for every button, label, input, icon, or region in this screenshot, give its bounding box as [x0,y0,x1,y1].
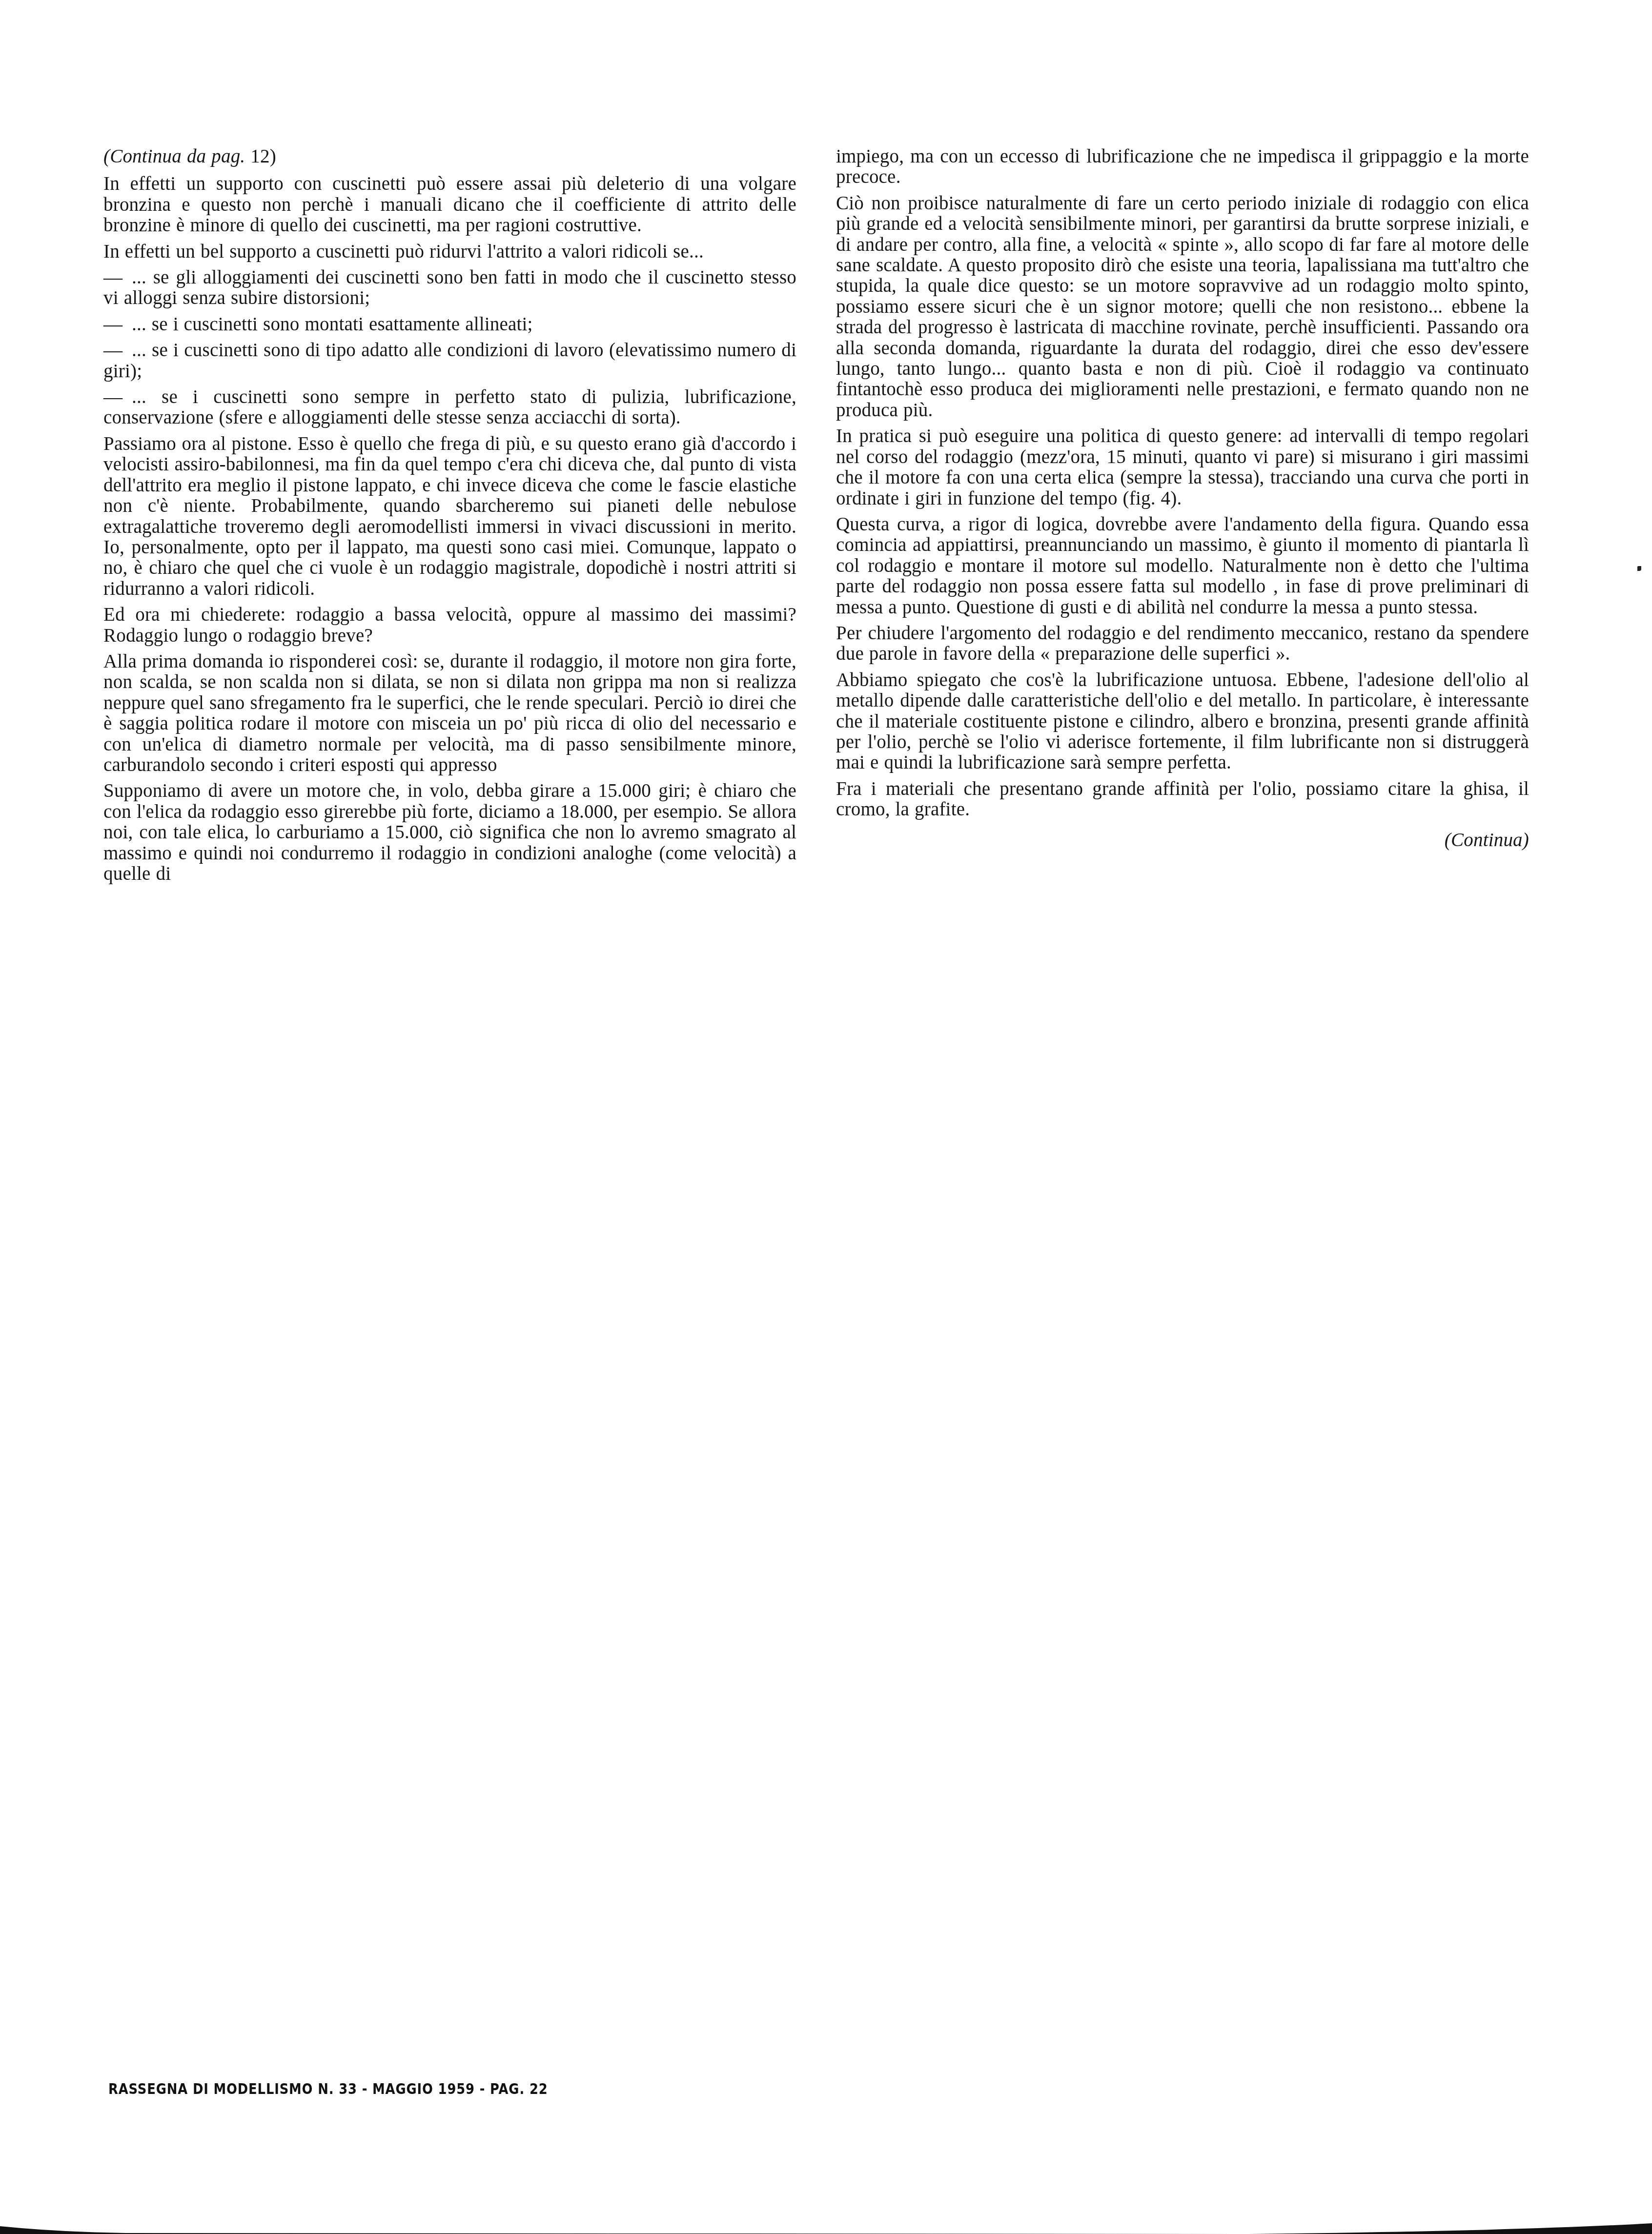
bullet-item: —... se i cuscinetti sono di tipo adatto… [103,340,796,382]
bullet-text: ... se i cuscinetti sono di tipo adatto … [103,340,796,381]
dash-icon: — [103,387,123,407]
left-column: (Continua da pag. 12) In effetti un supp… [103,146,796,890]
bullet-text: ... se i cuscinetti sono montati esattam… [132,314,533,335]
scan-edge-shadow [0,2223,1652,2234]
scan-artifact [1637,566,1641,571]
paragraph: In pratica si può eseguire una politica … [836,426,1529,509]
paragraph: Abbiamo spiegato che cos'è la lubrificaz… [836,670,1529,773]
paragraph: Ed ora mi chiederete: rodaggio a bassa v… [103,605,796,646]
dash-icon: — [103,267,123,288]
continued-from-page: 12) [250,146,276,167]
right-column: impiego, ma con un eccesso di lubrificaz… [836,146,1529,856]
paragraph: Per chiudere l'argomento del rodaggio e … [836,623,1529,665]
bullet-item: —... se i cuscinetti sono sempre in perf… [103,387,796,428]
paragraph: impiego, ma con un eccesso di lubrificaz… [836,146,1529,188]
paragraph: Supponiamo di avere un motore che, in vo… [103,781,796,884]
paragraph: In effetti un supporto con cuscinetti pu… [103,174,796,236]
bullet-item: —... se i cuscinetti sono montati esatta… [103,314,796,335]
bullet-item: —... se gli alloggiamenti dei cuscinetti… [103,267,796,309]
paragraph: Ciò non proibisce naturalmente di fare u… [836,193,1529,421]
magazine-page: (Continua da pag. 12) In effetti un supp… [0,0,1652,2234]
dash-icon: — [103,314,123,335]
paragraph: In effetti un bel supporto a cuscinetti … [103,242,796,262]
dash-icon: — [103,340,123,361]
page-footer: RASSEGNA DI MODELLISMO N. 33 - MAGGIO 19… [108,2081,548,2098]
paragraph: Alla prima domanda io risponderei così: … [103,651,796,775]
bullet-text: ... se gli alloggiamenti dei cuscinetti … [103,267,796,308]
continued-from-note: (Continua da pag. 12) [103,146,796,167]
paragraph: Fra i materiali che presentano grande af… [836,779,1529,820]
continued-note: (Continua) [836,830,1529,851]
paragraph: Questa curva, a rigor di logica, dovrebb… [836,514,1529,618]
bullet-text: ... se i cuscinetti sono sempre in perfe… [103,386,796,428]
continued-from-label: (Continua da pag. [103,146,245,167]
paragraph: Passiamo ora al pistone. Esso è quello c… [103,434,796,599]
